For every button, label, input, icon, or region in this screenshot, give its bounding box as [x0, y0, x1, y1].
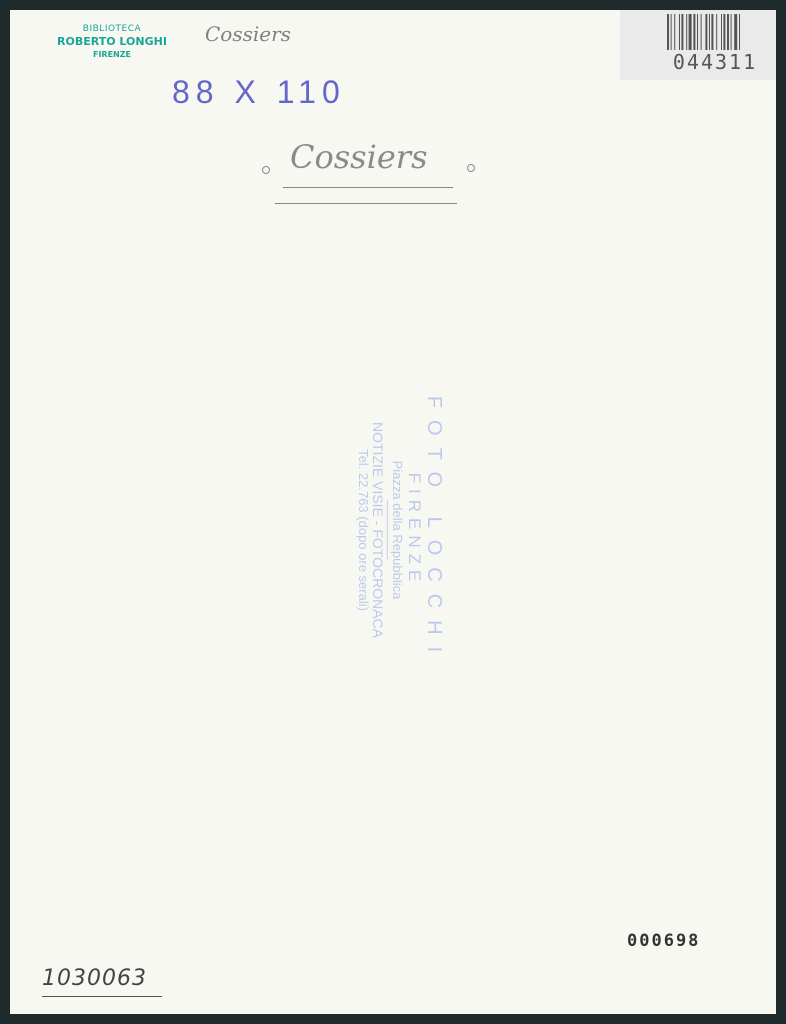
library-stamp: BIBLIOTECA ROBERTO LONGHI FIRENZE: [48, 24, 176, 59]
dot-right: [467, 164, 475, 172]
photographer-stamp-line1: FOTO LOCCHI: [423, 396, 445, 664]
stamp-divider: [387, 500, 388, 560]
underline-1: [283, 187, 453, 188]
handwritten-name-center: Cossiers: [290, 138, 427, 176]
photographer-stamp: FOTO LOCCHI FIRENZE Piazza della Repubbl…: [355, 396, 445, 664]
underline-2: [275, 203, 457, 204]
handwritten-dimensions: 88 X 110: [172, 74, 346, 111]
inventory-number: 1030063: [42, 966, 147, 991]
photographer-stamp-line5: Tel. 22.763 (dopo ore serali): [355, 396, 369, 664]
photographer-stamp-line3: Piazza della Repubblica: [390, 396, 404, 664]
library-stamp-line2: ROBERTO LONGHI: [48, 35, 176, 48]
dot-left: [262, 166, 270, 174]
inventory-underline: [42, 996, 162, 997]
barcode-icon: [667, 14, 762, 50]
library-stamp-line1: BIBLIOTECA: [48, 24, 176, 34]
photographer-stamp-line2: FIRENZE: [404, 396, 423, 664]
serial-number: 000698: [627, 931, 700, 951]
photographer-stamp-line4: NOTIZIE VISIE - FOTOCRONACA: [369, 396, 384, 664]
barcode-number: 044311: [660, 50, 770, 74]
handwritten-name-top: Cossiers: [205, 22, 291, 46]
library-stamp-line3: FIRENZE: [48, 50, 176, 59]
